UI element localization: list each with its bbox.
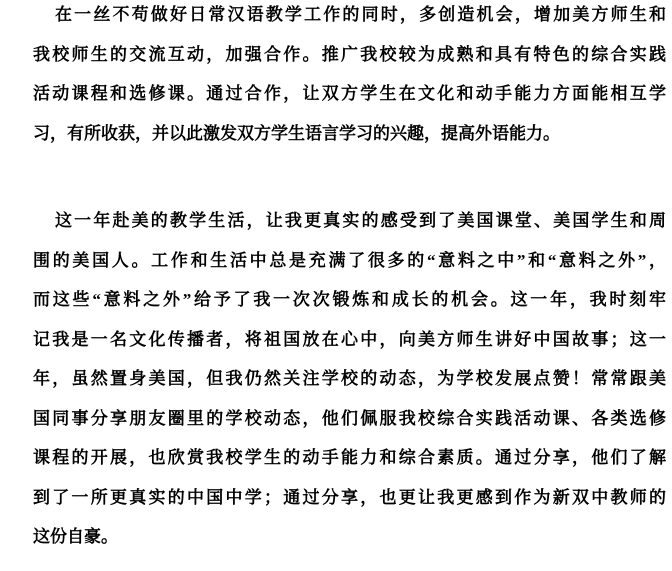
text-line: 活动课程和选修课。通过合作，让双方学生在文化和动手能力方面能相互学 <box>33 74 666 114</box>
document-page: 在一丝不苟做好日常汉语教学工作的同时，多创造机会，增加美方师生和 我校师生的交流… <box>0 0 672 571</box>
paragraph-2: 这一年赴美的教学生活，让我更真实的感受到了美国课堂、美国学生和周 围的美国人。工… <box>33 201 666 557</box>
text-line: 记我是一名文化传播者，将祖国放在心中，向美方师生讲好中国故事；这一 <box>33 320 666 360</box>
text-line: 围的美国人。工作和生活中总是充满了很多的“意料之中”和“意料之外”， <box>33 241 666 281</box>
text-line: 习，有所收获，并以此激发双方学生语言学习的兴趣，提高外语能力。 <box>33 114 666 154</box>
text-line: 而这些“意料之外”给予了我一次次锻炼和成长的机会。这一年，我时刻牢 <box>33 280 666 320</box>
text-line: 课程的开展，也欣赏我校学生的动手能力和综合素质。通过分享，他们了解 <box>33 438 666 478</box>
text-line: 到了一所更真实的中国中学；通过分享，也更让我更感到作为新双中教师的 <box>33 478 666 518</box>
text-line: 年，虽然置身美国，但我仍然关注学校的动态，为学校发展点赞！常常跟美 <box>33 359 666 399</box>
text-line: 这一年赴美的教学生活，让我更真实的感受到了美国课堂、美国学生和周 <box>33 201 666 241</box>
text-line: 在一丝不苟做好日常汉语教学工作的同时，多创造机会，增加美方师生和 <box>33 0 666 35</box>
text-line: 这份自豪。 <box>33 517 666 557</box>
paragraph-1: 在一丝不苟做好日常汉语教学工作的同时，多创造机会，增加美方师生和 我校师生的交流… <box>33 0 666 153</box>
text-line: 我校师生的交流互动，加强合作。推广我校较为成熟和具有特色的综合实践 <box>33 35 666 75</box>
text-line: 国同事分享朋友圈里的学校动态，他们佩服我校综合实践活动课、各类选修 <box>33 399 666 439</box>
